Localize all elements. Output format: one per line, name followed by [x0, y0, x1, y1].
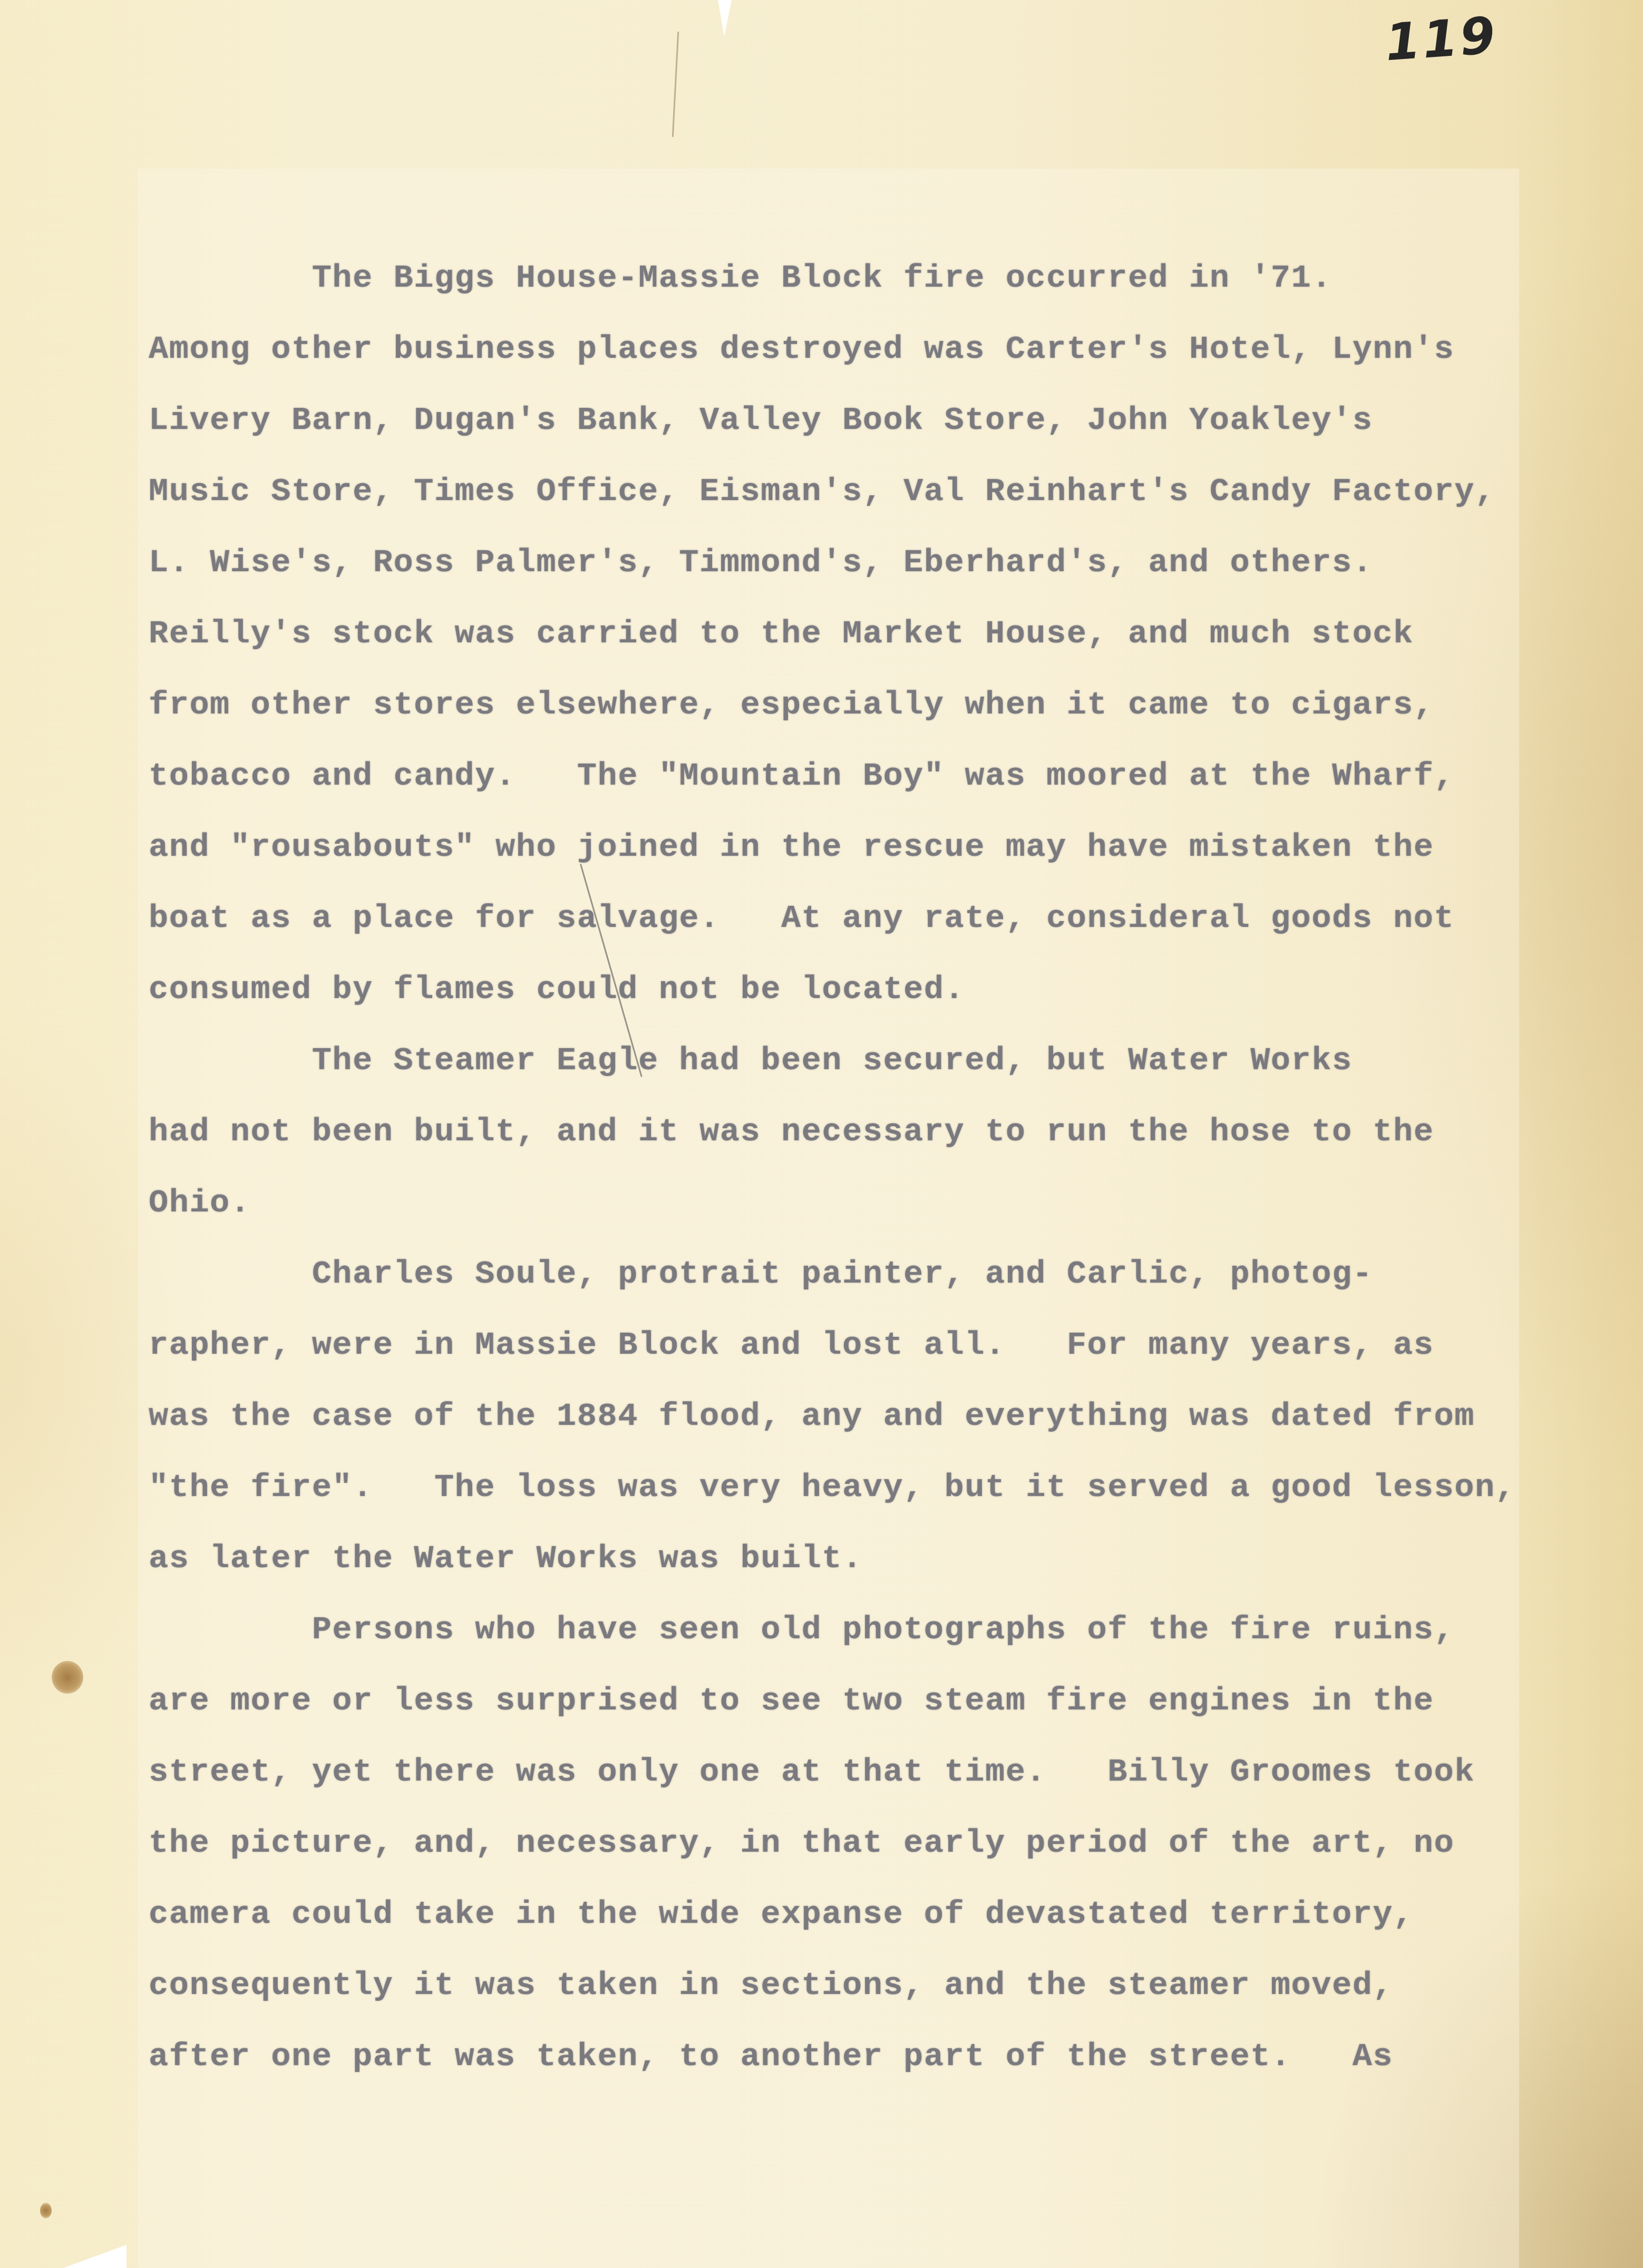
paragraph: The Biggs House-Massie Block fire occurr…: [149, 242, 1572, 1025]
typewritten-body: The Biggs House-Massie Block fire occurr…: [149, 242, 1572, 2092]
foxing-stain: [52, 1661, 83, 1694]
text-line: The Biggs House-Massie Block fire occurr…: [149, 242, 1572, 314]
text-line: Music Store, Times Office, Eisman's, Val…: [149, 456, 1572, 527]
text-line: boat as a place for salvage. At any rate…: [149, 883, 1572, 954]
text-line: rapher, were in Massie Block and lost al…: [149, 1309, 1572, 1381]
text-line: Livery Barn, Dugan's Bank, Valley Book S…: [149, 385, 1572, 456]
text-line: Among other business places destroyed wa…: [149, 314, 1572, 385]
text-line: from other stores elsewhere, especially …: [149, 669, 1572, 740]
paper-tear-top: [718, 0, 732, 37]
text-line: as later the Water Works was built.: [149, 1523, 1572, 1594]
text-line: consequently it was taken in sections, a…: [149, 1950, 1572, 2021]
text-line: Charles Soule, protrait painter, and Car…: [149, 1238, 1572, 1309]
text-line: tobacco and candy. The "Mountain Boy" wa…: [149, 740, 1572, 812]
text-line: The Steamer Eagle had been secured, but …: [149, 1025, 1572, 1096]
text-line: Persons who have seen old photographs of…: [149, 1594, 1572, 1665]
text-line: are more or less surprised to see two st…: [149, 1665, 1572, 1736]
text-line: camera could take in the wide expanse of…: [149, 1879, 1572, 1950]
text-line: "the fire". The loss was very heavy, but…: [149, 1452, 1572, 1523]
text-line: Reilly's stock was carried to the Market…: [149, 598, 1572, 669]
paragraph: The Steamer Eagle had been secured, but …: [149, 1025, 1572, 1238]
text-line: after one part was taken, to another par…: [149, 2021, 1572, 2092]
text-line: Ohio.: [149, 1167, 1572, 1238]
text-line: had not been built, and it was necessary…: [149, 1096, 1572, 1167]
text-line: consumed by flames could not be located.: [149, 954, 1572, 1025]
paper-tear-bottom: [63, 2245, 127, 2268]
text-line: and "rousabouts" who joined in the rescu…: [149, 812, 1572, 883]
paragraph: Persons who have seen old photographs of…: [149, 1594, 1572, 2092]
foxing-stain: [40, 2203, 52, 2218]
handwritten-page-number: 119: [1383, 6, 1499, 73]
text-line: L. Wise's, Ross Palmer's, Timmond's, Ebe…: [149, 527, 1572, 598]
text-line: was the case of the 1884 flood, any and …: [149, 1381, 1572, 1452]
paper-tear-crack: [672, 32, 679, 137]
paragraph: Charles Soule, protrait painter, and Car…: [149, 1238, 1572, 1594]
text-line: the picture, and, necessary, in that ear…: [149, 1807, 1572, 1879]
scanned-page: 119 The Biggs House-Massie Block fire oc…: [0, 0, 1643, 2268]
text-line: street, yet there was only one at that t…: [149, 1736, 1572, 1807]
